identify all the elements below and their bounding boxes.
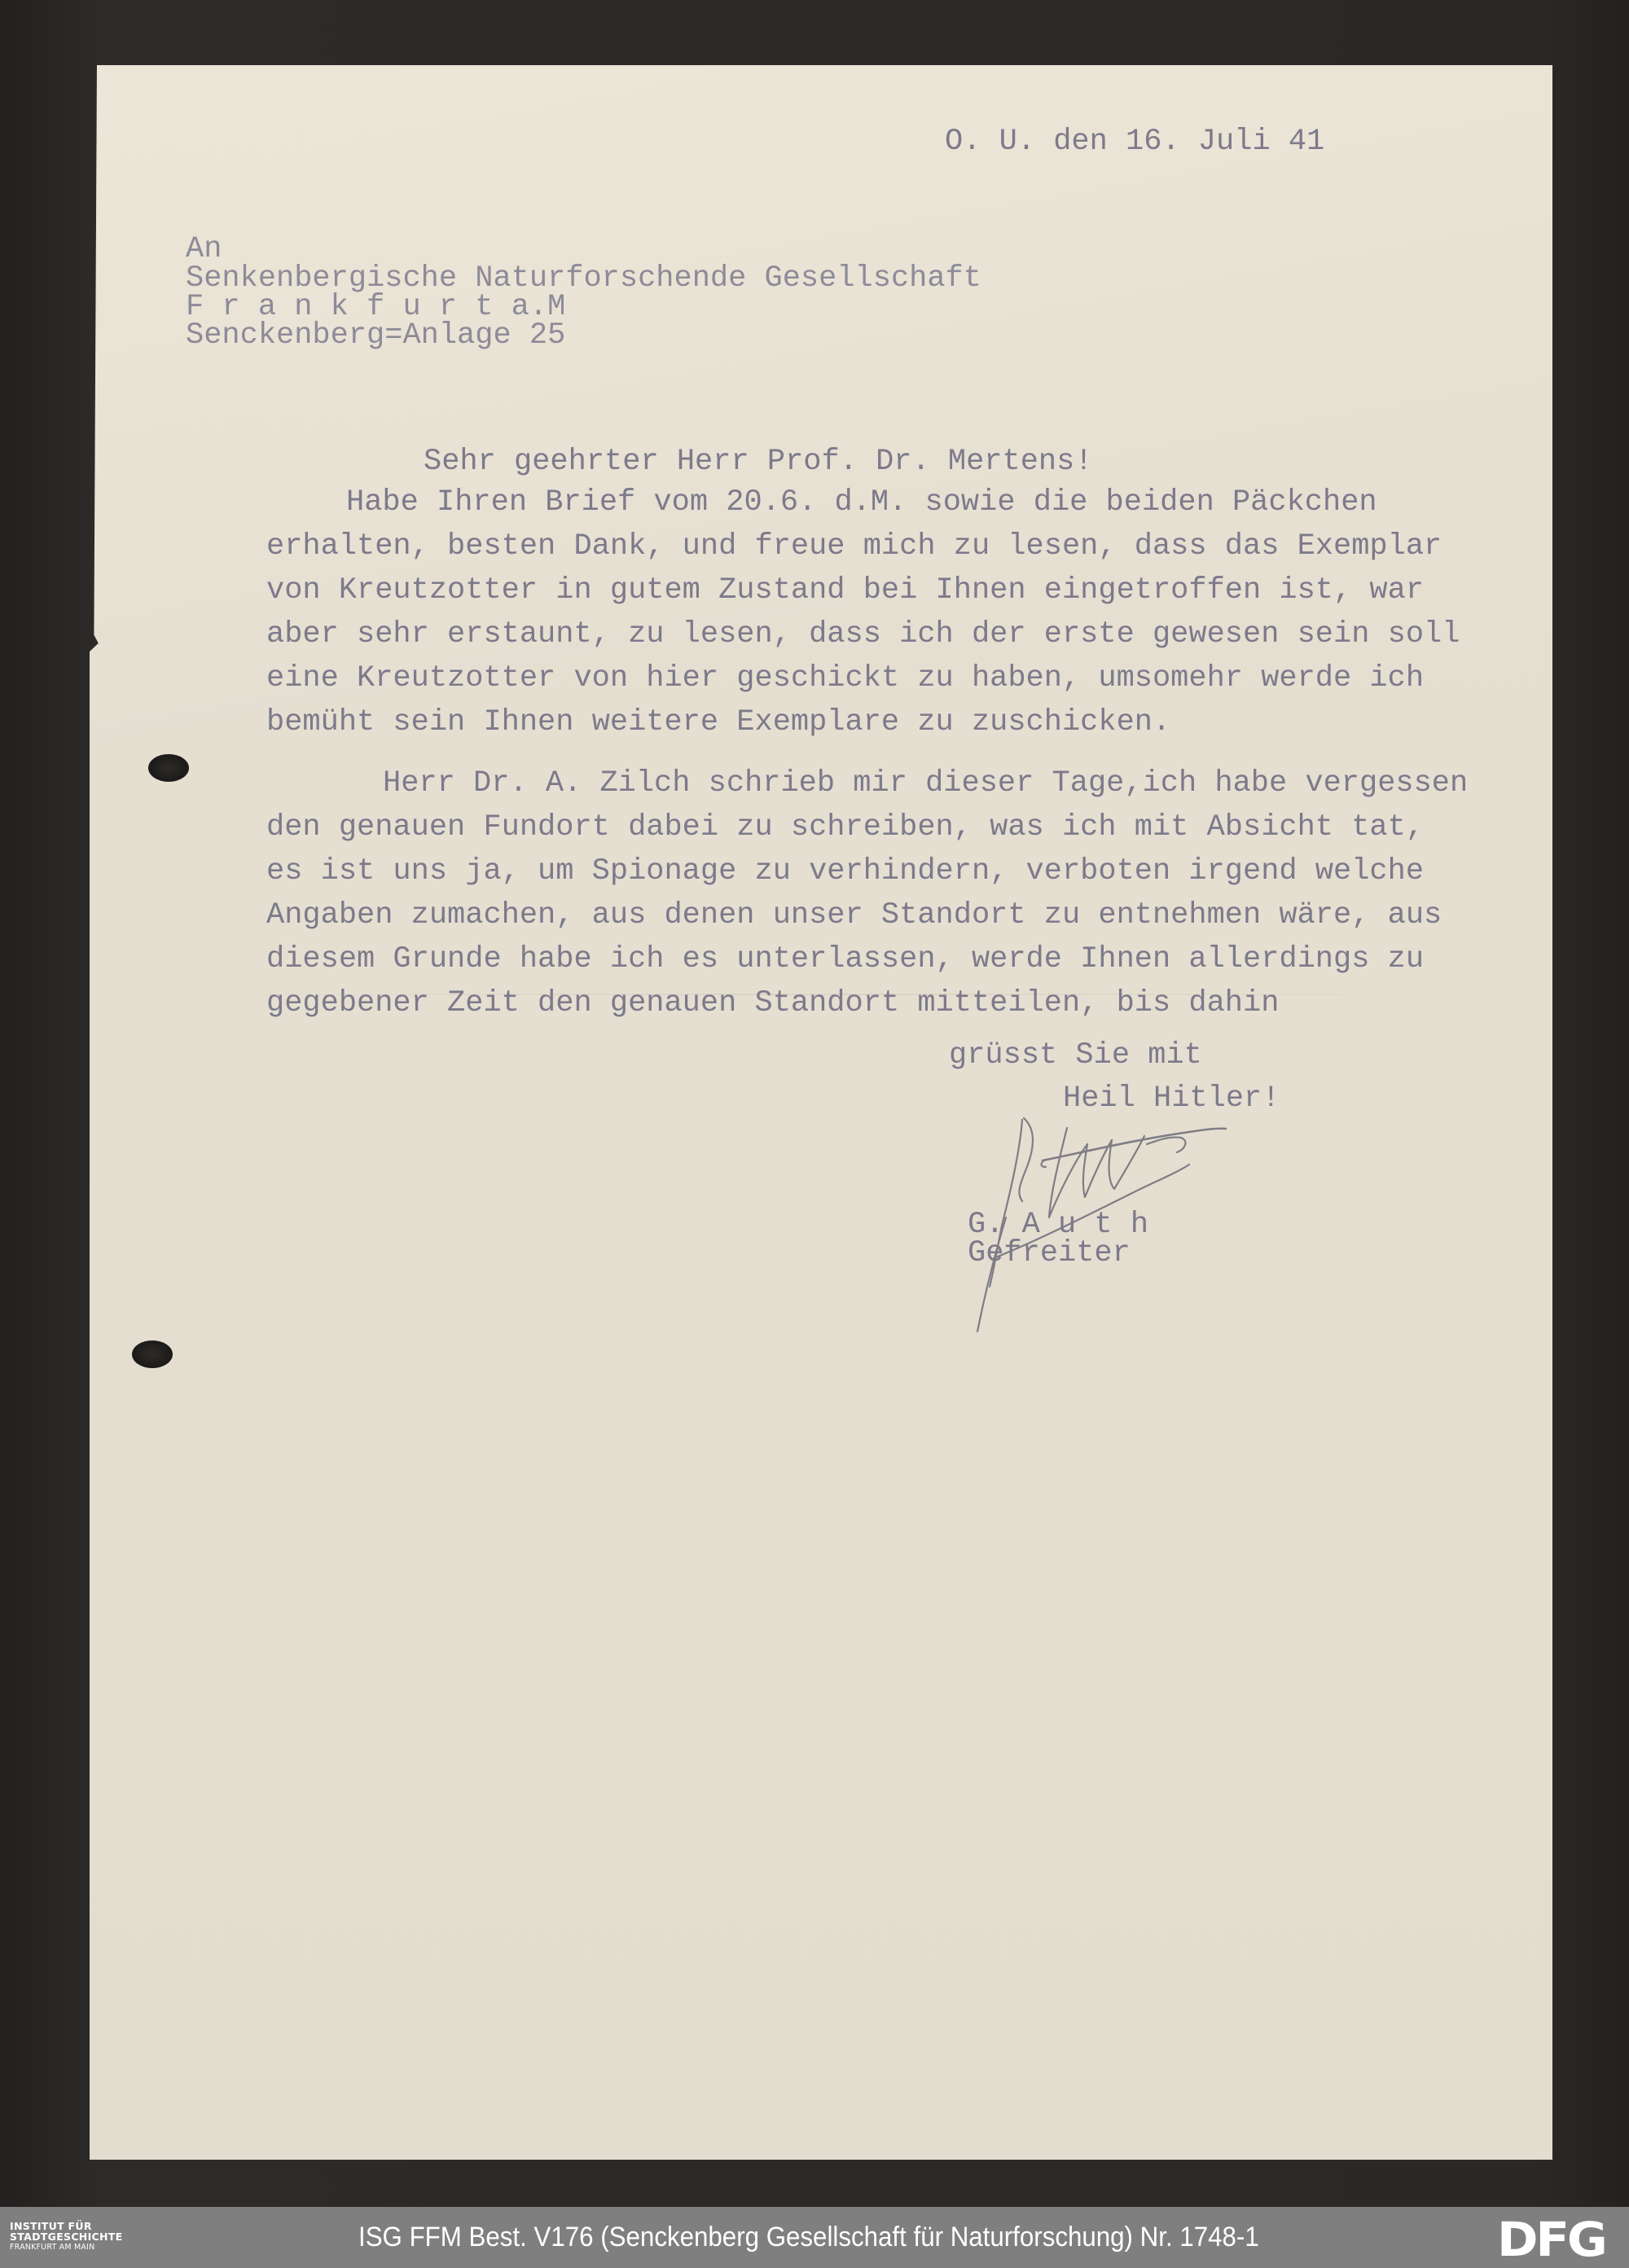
punch-hole-top [148, 754, 189, 782]
paragraph2-line: den genauen Fundort dabei zu schreiben, … [266, 811, 1424, 844]
paragraph1-line: Habe Ihren Brief vom 20.6. d.M. sowie di… [346, 486, 1377, 519]
institute-logo: INSTITUT FÜR STADTGESCHICHTE FRANKFURT A… [10, 2221, 122, 2253]
paragraph1-line: eine Kreutzotter von hier geschickt zu h… [266, 662, 1424, 695]
paragraph2-line: Herr Dr. A. Zilch schrieb mir dieser Tag… [383, 767, 1468, 800]
paragraph1-line: aber sehr erstaunt, zu lesen, dass ich d… [266, 618, 1460, 651]
address-prefix: An [186, 233, 222, 265]
address-street: Senckenberg=Anlage 25 [186, 319, 565, 352]
paragraph2-line: gegebener Zeit den genauen Standort mitt… [266, 987, 1279, 1020]
archive-footer-bar: INSTITUT FÜR STADTGESCHICHTE FRANKFURT A… [0, 2207, 1629, 2268]
paragraph1-line: erhalten, besten Dank, und freue mich zu… [266, 530, 1442, 563]
paragraph2-line: diesem Grunde habe ich es unterlassen, w… [266, 943, 1424, 976]
institute-city: FRANKFURT AM MAIN [10, 2242, 122, 2253]
paragraph2-line: es ist uns ja, um Spionage zu verhindern… [266, 855, 1424, 888]
salutation: Sehr geehrter Herr Prof. Dr. Mertens! [424, 445, 1093, 478]
closing-greeting: grüsst Sie mit [949, 1039, 1202, 1072]
punch-hole-bottom [132, 1340, 173, 1368]
letter-sheet [90, 65, 1552, 2160]
paragraph1-line: von Kreutzotter in gutem Zustand bei Ihn… [266, 574, 1424, 607]
paragraph1-line: bemüht sein Ihnen weitere Exemplare zu z… [266, 706, 1170, 739]
dfg-logo: DFG [1497, 2217, 1605, 2262]
date-line: O. U. den 16. Juli 41 [945, 125, 1324, 158]
paragraph2-line: Angaben zumachen, aus denen unser Stando… [266, 899, 1442, 932]
institute-name-line2: STADTGESCHICHTE [10, 2231, 122, 2242]
typed-rank: Gefreiter [968, 1237, 1131, 1270]
archive-signature-caption: ISG FFM Best. V176 (Senckenberg Gesellsc… [358, 2221, 1259, 2253]
